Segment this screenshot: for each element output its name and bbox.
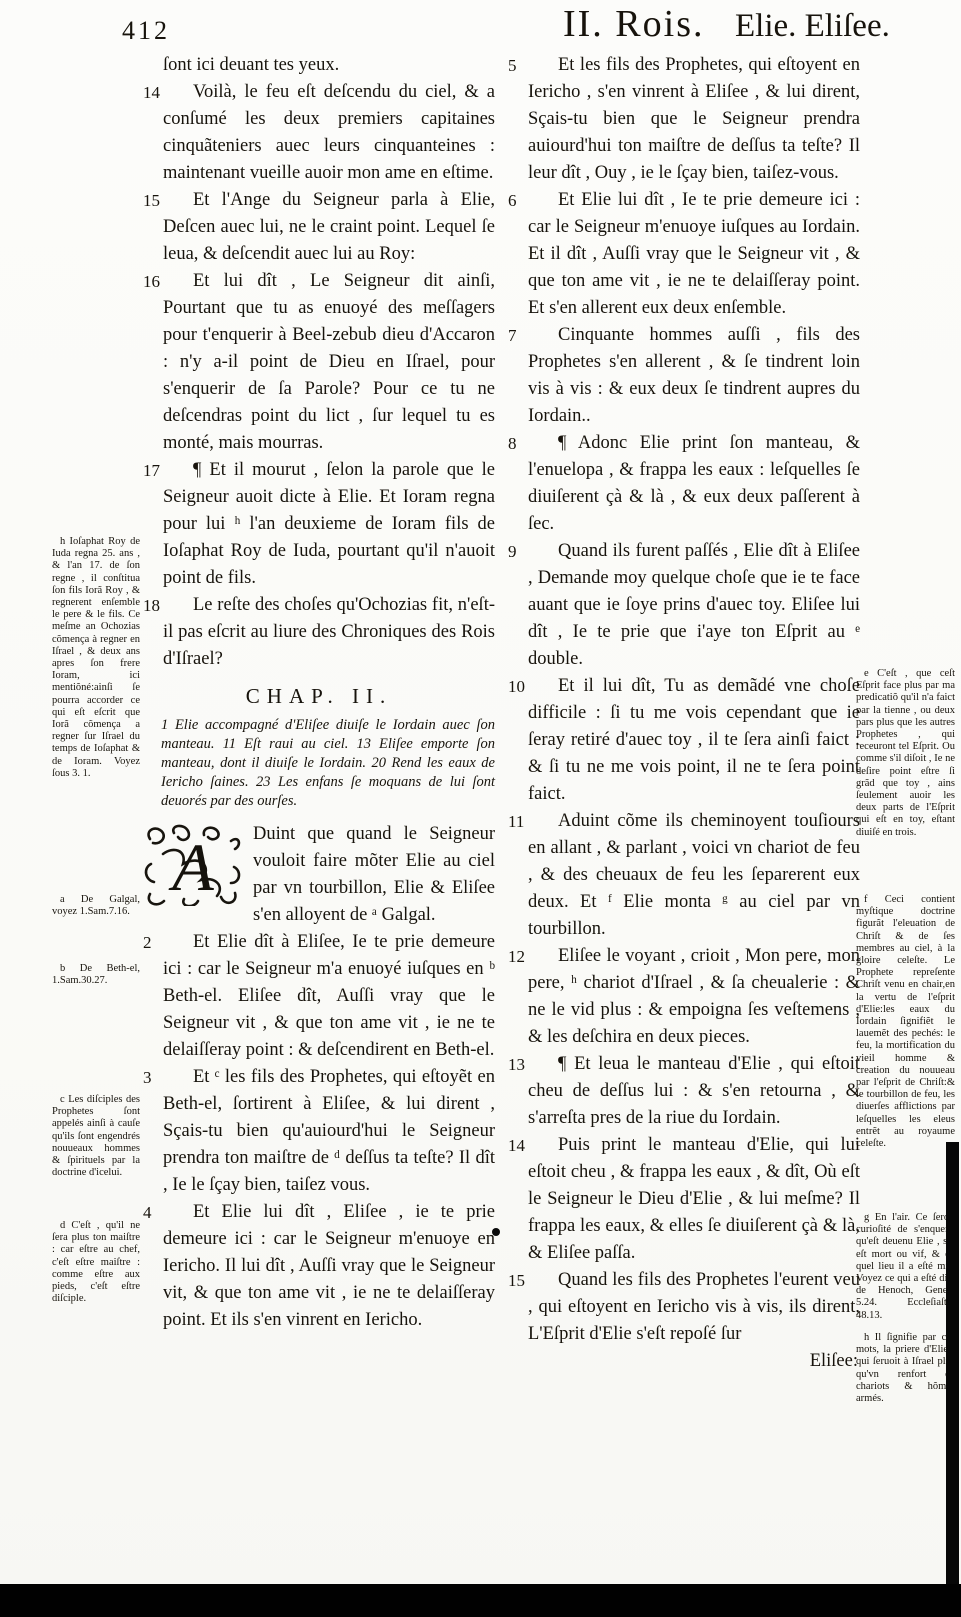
verse-number: 14	[508, 1132, 525, 1159]
verse-text: Et ᶜ les fils des Prophetes, qui eſtoyẽt…	[163, 1067, 495, 1195]
book-page: 412 II. Rois. Elie. Eliſee. h Ioſaphat R…	[0, 0, 961, 1617]
verse-text: Cinquante hommes auſſi , fils des Prophe…	[528, 325, 860, 426]
verse-text: Voilà, le feu eſt deſcendu du ciel, & a …	[163, 82, 495, 183]
verse-3: 3 Et ᶜ les fils des Prophetes, qui eſtoy…	[143, 1064, 495, 1199]
margin-note-h: h Ioſaphat Roy de Iuda regna 25. ans , &…	[52, 536, 140, 780]
verse-5: 5 Et les fils des Prophetes, qui eſtoyen…	[508, 52, 860, 187]
margin-note-h2: h Il ſignifie par ces mots, la priere d'…	[856, 1332, 955, 1405]
margin-note-e: e C'eſt , que ceſt Eſprit face plus par …	[856, 668, 955, 839]
verse-text: Et lui dît , Le Seigneur dit ainſi, Pour…	[163, 271, 495, 453]
verse-15: 15 Et l'Ange du Seigneur parla à Elie, D…	[143, 187, 495, 268]
verse-text: Et les fils des Prophetes, qui eſtoyent …	[528, 55, 860, 183]
page-number: 412	[122, 16, 170, 46]
running-head: Elie. Eliſee.	[735, 8, 890, 45]
verse-number: 10	[508, 673, 525, 700]
verse-number: 15	[143, 187, 160, 214]
catchword: Eliſee:	[508, 1348, 860, 1375]
verse-15-right: 15 Quand les fils des Prophetes l'eurent…	[508, 1267, 860, 1348]
verse-number: 18	[143, 592, 160, 619]
verse-13: 13 ¶ Et leua le manteau d'Elie , qui eſt…	[508, 1051, 860, 1132]
verse-number: 6	[508, 187, 517, 214]
chapter-heading: CHAP. II.	[143, 683, 495, 710]
verse-number: 15	[508, 1267, 525, 1294]
verse-number: 8	[508, 430, 517, 457]
ink-spot	[492, 1228, 500, 1236]
margin-note-g: g En l'air. Ce ſeroit curioſité de s'enq…	[856, 1212, 955, 1322]
verse-number: 14	[143, 79, 160, 106]
verse-text: Aduint cõme ils cheminoyent touſiours en…	[528, 811, 860, 939]
verse-7: 7 Cinquante hommes auſſi , fils des Prop…	[508, 322, 860, 430]
verse-4: 4 Et Elie lui dît , Eliſee , ie te prie …	[143, 1199, 495, 1334]
verse-18: 18 Le reſte des choſes qu'Ochozias fit, …	[143, 592, 495, 673]
verse-2: 2 Et Elie dît à Eliſee, Ie te prie demeu…	[143, 929, 495, 1064]
verse-number: 16	[143, 268, 160, 295]
verse-number: 11	[508, 808, 524, 835]
verse-text: Duint que quand le Seigneur vouloit fair…	[253, 824, 495, 925]
verse-number: 7	[508, 322, 517, 349]
verse-number: 9	[508, 538, 517, 565]
verse-9: 9 Quand ils furent paſſés , Elie dît à E…	[508, 538, 860, 673]
verse-number: 17	[143, 457, 160, 484]
decorated-initial-woodcut: A	[143, 824, 243, 906]
margin-note-a: a De Galgal, voyez 1.Sam.7.16.	[52, 894, 140, 918]
verse-number: 2	[143, 929, 152, 956]
verse-text: Le reſte des choſes qu'Ochozias fit, n'e…	[163, 595, 495, 669]
verse-14: 14 Voilà, le feu eſt deſcendu du ciel, &…	[143, 79, 495, 187]
margin-note-f: f Ceci contient myſtique doctrine figurã…	[856, 894, 955, 1150]
verse-number: 4	[143, 1199, 152, 1226]
verse-14-right: 14 Puis print le manteau d'Elie, qui lui…	[508, 1132, 860, 1267]
verse-text: Et il lui dît, Tu as demãdé vne choſe di…	[528, 676, 860, 804]
verse-text: Quand les fils des Prophetes l'eurent ve…	[528, 1270, 860, 1344]
margin-note-b: b De Beth-el, 1.Sam.30.27.	[52, 963, 140, 987]
verse-text: ¶ Et il mourut , ſelon la parole que le …	[163, 460, 495, 588]
verse-16: 16 Et lui dît , Le Seigneur dit ainſi, P…	[143, 268, 495, 457]
verse-text: Quand ils furent paſſés , Elie dît à Eli…	[528, 541, 860, 669]
initial-letter: A	[168, 829, 214, 905]
verse-text: Et Elie lui dît , Eliſee , ie te prie de…	[163, 1202, 495, 1330]
verse-text: Eliſee le voyant , crioit , Mon pere, mo…	[528, 946, 860, 1047]
verse-number: 5	[508, 52, 517, 79]
verse-number: 12	[508, 943, 525, 970]
book-title: II. Rois.	[563, 2, 705, 46]
verse-17: 17 ¶ Et il mourut , ſelon la parole que …	[143, 457, 495, 592]
verse-1: A Duint que quand le Seigneur vouloit fa…	[143, 821, 495, 929]
verse-8: 8 ¶ Adonc Elie print ſon manteau, & l'en…	[508, 430, 860, 538]
right-text-column: 5 Et les fils des Prophetes, qui eſtoyen…	[508, 52, 860, 1375]
verse-text: Et Elie dît à Eliſee, Ie te prie demeure…	[163, 932, 495, 1060]
verse-text: Puis print le manteau d'Elie, qui lui eſ…	[528, 1135, 860, 1263]
verse-text: Et Elie lui dît , Ie te prie demeure ici…	[528, 190, 860, 318]
verse-number: 13	[508, 1051, 525, 1078]
verse-text: Et l'Ange du Seigneur parla à Elie, Deſc…	[163, 190, 495, 264]
verse-11: 11 Aduint cõme ils cheminoyent touſiours…	[508, 808, 860, 943]
verse-6: 6 Et Elie lui dît , Ie te prie demeure i…	[508, 187, 860, 322]
verse-10: 10 Et il lui dît, Tu as demãdé vne choſe…	[508, 673, 860, 808]
verse-fragment: ſont ici deuant tes yeux.	[143, 52, 495, 79]
margin-note-d: d C'eſt , qu'il ne ſera plus ton maiſtre…	[52, 1220, 140, 1305]
verse-number: 3	[143, 1064, 152, 1091]
verse-text: ¶ Et leua le manteau d'Elie , qui eſtoit…	[528, 1054, 860, 1128]
scan-edge-right	[946, 1142, 959, 1584]
verse-text: ¶ Adonc Elie print ſon manteau, & l'enue…	[528, 433, 860, 534]
margin-note-c: c Les diſciples des Prophetes ſont appel…	[52, 1094, 140, 1179]
left-text-column: ſont ici deuant tes yeux. 14 Voilà, le f…	[143, 52, 495, 1334]
scan-edge-bottom	[0, 1584, 961, 1617]
verse-text: ſont ici deuant tes yeux.	[163, 55, 339, 75]
verse-12: 12 Eliſee le voyant , crioit , Mon pere,…	[508, 943, 860, 1051]
chapter-summary: 1 Elie accompagné d'Eliſee diuiſe le Ior…	[161, 716, 495, 811]
